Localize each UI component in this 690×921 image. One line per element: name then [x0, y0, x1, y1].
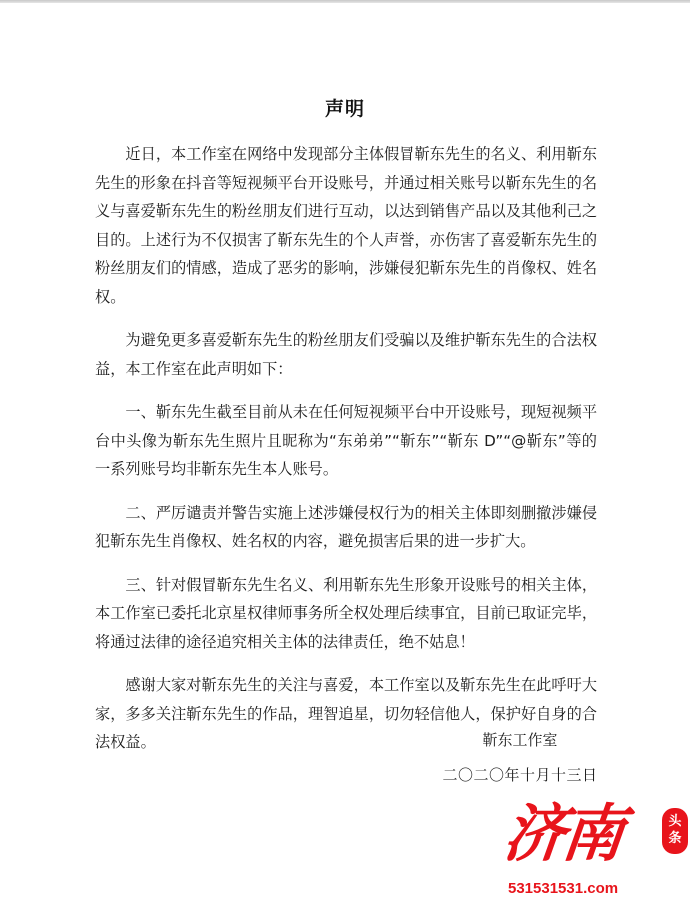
paragraph-point-three: 三、针对假冒靳东先生名义、利用靳东先生形象开设账号的相关主体，本工作室已委托北京…: [95, 571, 597, 657]
document-body: 近日，本工作室在网络中发现部分主体假冒靳东先生的名义、利用靳东先生的形象在抖音等…: [95, 140, 597, 772]
watermark-logo: 济南 头 条 531531531.com: [500, 798, 690, 918]
paragraph-declaration-lead: 为避免更多喜爱靳东先生的粉丝朋友们受骗以及维护靳东先生的合法权益，本工作室在此声…: [95, 326, 597, 383]
signature-name: 靳东工作室: [420, 729, 620, 750]
document-title: 声明: [0, 94, 690, 121]
signature-date: 二〇二〇年十月十三日: [420, 764, 620, 785]
watermark-badge-char-1: 头: [662, 813, 688, 830]
watermark-characters: 济南: [500, 798, 624, 870]
paragraph-point-two: 二、严厉谴责并警告实施上述涉嫌侵权行为的相关主体即刻删撤涉嫌侵犯靳东先生肖像权、…: [95, 499, 597, 556]
paragraph-intro: 近日，本工作室在网络中发现部分主体假冒靳东先生的名义、利用靳东先生的形象在抖音等…: [95, 140, 597, 311]
watermark-url: 531531531.com: [508, 880, 618, 897]
top-border-line: [0, 0, 690, 3]
watermark-badge-char-2: 条: [662, 830, 688, 847]
paragraph-point-one: 一、靳东先生截至目前从未在任何短视频平台中开设账号，现短视频平台中头像为靳东先生…: [95, 398, 597, 484]
watermark-badge-icon: 头 条: [662, 808, 688, 854]
